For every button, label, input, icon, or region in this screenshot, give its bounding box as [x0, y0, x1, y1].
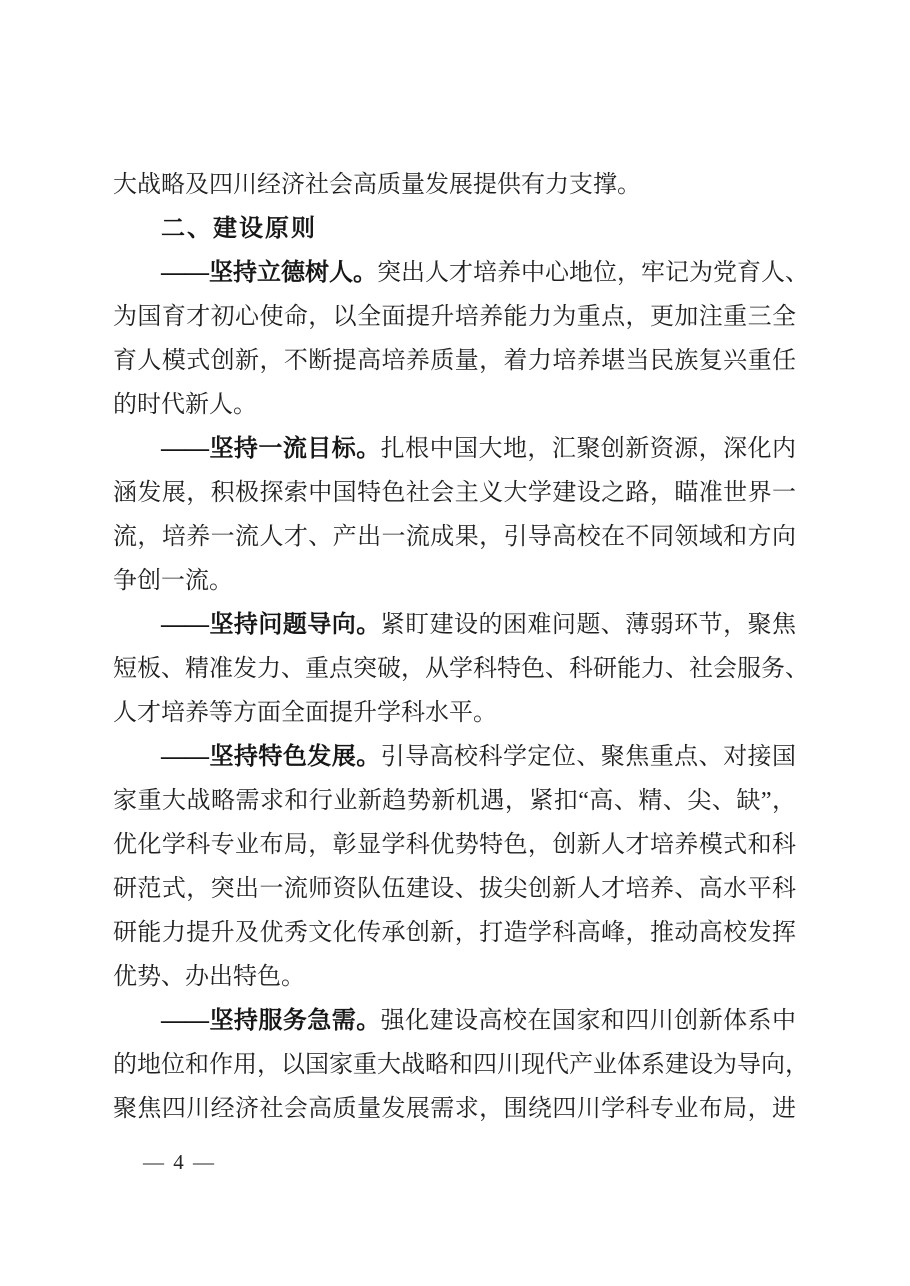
paragraph-lead-phrase: ——坚持特色发展。 [161, 744, 381, 770]
document-body: 大战略及四川经济社会高质量发展提供有力支撑。 二、建设原则 ——坚持立德树人。突… [113, 163, 796, 1131]
paragraph-line: 研范式，突出一流师资队伍建设、拔尖创新人才培养、高水平科 [113, 867, 796, 911]
paragraph-first-line: ——坚持特色发展。引导高校科学定位、聚焦重点、对接国 [113, 735, 796, 779]
paragraph-last-line: 人才培养等方面全面提升学科水平。 [113, 691, 796, 735]
section-heading: 二、建设原则 [113, 207, 796, 251]
paragraph-lead-phrase: ——坚持问题导向。 [161, 612, 381, 638]
page-number: — 4 — [143, 1149, 216, 1175]
paragraph-line: 为国育才初心使命，以全面提升培养能力为重点，更加注重三全 [113, 295, 796, 339]
paragraph-first-line: ——坚持问题导向。紧盯建设的困难问题、薄弱环节，聚焦 [113, 603, 796, 647]
paragraph-lead-phrase: ——坚持服务急需。 [161, 1008, 381, 1034]
paragraph-line: 流，培养一流人才、产出一流成果，引导高校在不同领域和方向 [113, 515, 796, 559]
paragraph-text: 突出人才培养中心地位，牢记为党育人、 [377, 260, 809, 286]
paragraph-continuation-line: 大战略及四川经济社会高质量发展提供有力支撑。 [113, 163, 796, 207]
paragraph-lead-phrase: ——坚持一流目标。 [161, 436, 381, 462]
paragraph-line: 涵发展，积极探索中国特色社会主义大学建设之路，瞄准世界一 [113, 471, 796, 515]
paragraph-line: 家重大战略需求和行业新趋势新机遇，紧扣“高、精、尖、缺”， [113, 779, 796, 823]
paragraph-text: 扎根中国大地，汇聚创新资源，深化内 [381, 436, 796, 462]
paragraph-line: 的地位和作用，以国家重大战略和四川现代产业体系建设为导向， [113, 1043, 796, 1087]
paragraph-last-line: 争创一流。 [113, 559, 796, 603]
paragraph-line: 聚焦四川经济社会高质量发展需求，围绕四川学科专业布局，进 [113, 1087, 796, 1131]
paragraph-last-line: 的时代新人。 [113, 383, 796, 427]
paragraph-text: 紧盯建设的困难问题、薄弱环节，聚焦 [381, 612, 796, 638]
paragraph-line: 研能力提升及优秀文化传承创新，打造学科高峰，推动高校发挥 [113, 911, 796, 955]
paragraph-first-line: ——坚持立德树人。突出人才培养中心地位，牢记为党育人、 [113, 251, 796, 295]
paragraph-line: 优化学科专业布局，彰显学科优势特色，创新人才培养模式和科 [113, 823, 796, 867]
paragraph-first-line: ——坚持一流目标。扎根中国大地，汇聚创新资源，深化内 [113, 427, 796, 471]
paragraph-line: 育人模式创新，不断提高培养质量，着力培养堪当民族复兴重任 [113, 339, 796, 383]
paragraph-text: 强化建设高校在国家和四川创新体系中 [381, 1008, 796, 1034]
paragraph-first-line: ——坚持服务急需。强化建设高校在国家和四川创新体系中 [113, 999, 796, 1043]
document-page: 大战略及四川经济社会高质量发展提供有力支撑。 二、建设原则 ——坚持立德树人。突… [0, 0, 910, 1286]
paragraph-lead-phrase: ——坚持立德树人。 [161, 260, 377, 286]
paragraph-line: 短板、精准发力、重点突破，从学科特色、科研能力、社会服务、 [113, 647, 796, 691]
paragraph-text: 引导高校科学定位、聚焦重点、对接国 [381, 744, 796, 770]
paragraph-last-line: 优势、办出特色。 [113, 955, 796, 999]
